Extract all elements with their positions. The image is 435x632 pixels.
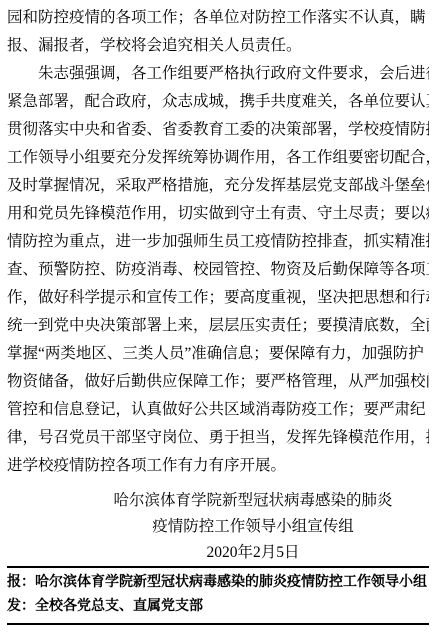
body-line: 工作领导小组要充分发挥统筹协调作用，各工作组要密切配合，	[7, 144, 429, 172]
body-line: 进学校疫情防控各项工作有力有序开展。	[7, 452, 429, 480]
footer-distribution-line: 发：全校各党总支、直属党支部	[7, 595, 429, 619]
body-line-paragraph-start: 朱志强强调，各工作组要严格执行政府文件要求，会后进行	[7, 60, 429, 88]
body-line: 管控和信息登记，认真做好公共区域消毒防疫工作；要严肃纪	[7, 396, 429, 424]
signature-date: 2020年2月5日	[77, 540, 429, 566]
document-page: 园和防控疫情的各项工作；各单位对防控工作落实不认真，瞒 报、漏报者，学校将会追究…	[0, 0, 435, 625]
signature-org-line-2: 疫情防控工作领导小组宣传组	[77, 514, 429, 540]
body-line: 紧急部署，配合政府，众志成城，携手共度难关，各单位要认真	[7, 88, 429, 116]
body-line: 情防控为重点，进一步加强师生员工疫情防控排查，抓实精准排	[7, 228, 429, 256]
footer-report-line: 报：哈尔滨体育学院新型冠状病毒感染的肺炎疫情防控工作领导小组	[7, 571, 429, 595]
signature-block: 哈尔滨体育学院新型冠状病毒感染的肺炎 疫情防控工作领导小组宣传组 2020年2月…	[7, 488, 429, 566]
body-line: 贯彻落实中央和省委、省委教育工委的决策部署，学校疫情防控	[7, 116, 429, 144]
signature-org-line-1: 哈尔滨体育学院新型冠状病毒感染的肺炎	[77, 488, 429, 514]
body-line: 用和党员先锋模范作用，切实做到守土有责、守土尽责；要以疫	[7, 200, 429, 228]
body-line: 律，号召党员干部坚守岗位、勇于担当，发挥先锋模范作用，推	[7, 424, 429, 452]
body-line: 报、漏报者，学校将会追究相关人员责任。	[7, 32, 429, 60]
body-line: 物资储备，做好后勤供应保障工作；要严格管理，从严加强校门	[7, 368, 429, 396]
document-body: 园和防控疫情的各项工作；各单位对防控工作落实不认真，瞒 报、漏报者，学校将会追究…	[7, 4, 429, 480]
body-line: 园和防控疫情的各项工作；各单位对防控工作落实不认真，瞒	[7, 4, 429, 32]
distribution-block: 报：哈尔滨体育学院新型冠状病毒感染的肺炎疫情防控工作领导小组 发：全校各党总支、…	[7, 568, 429, 623]
divider-line-bottom	[7, 623, 429, 625]
body-line: 统一到党中央决策部署上来，层层压实责任；要摸清底数，全面	[7, 312, 429, 340]
body-line: 查、预警防控、防疫消毒、校园管控、物资及后勤保障等各项工	[7, 256, 429, 284]
body-line: 作，做好科学提示和宣传工作；要高度重视，坚决把思想和行动	[7, 284, 429, 312]
body-line: 掌握“两类地区、三类人员”准确信息；要保障有力，加强防护	[7, 340, 429, 368]
body-line: 及时掌握情况，采取严格措施，充分发挥基层党支部战斗堡垒作	[7, 172, 429, 200]
